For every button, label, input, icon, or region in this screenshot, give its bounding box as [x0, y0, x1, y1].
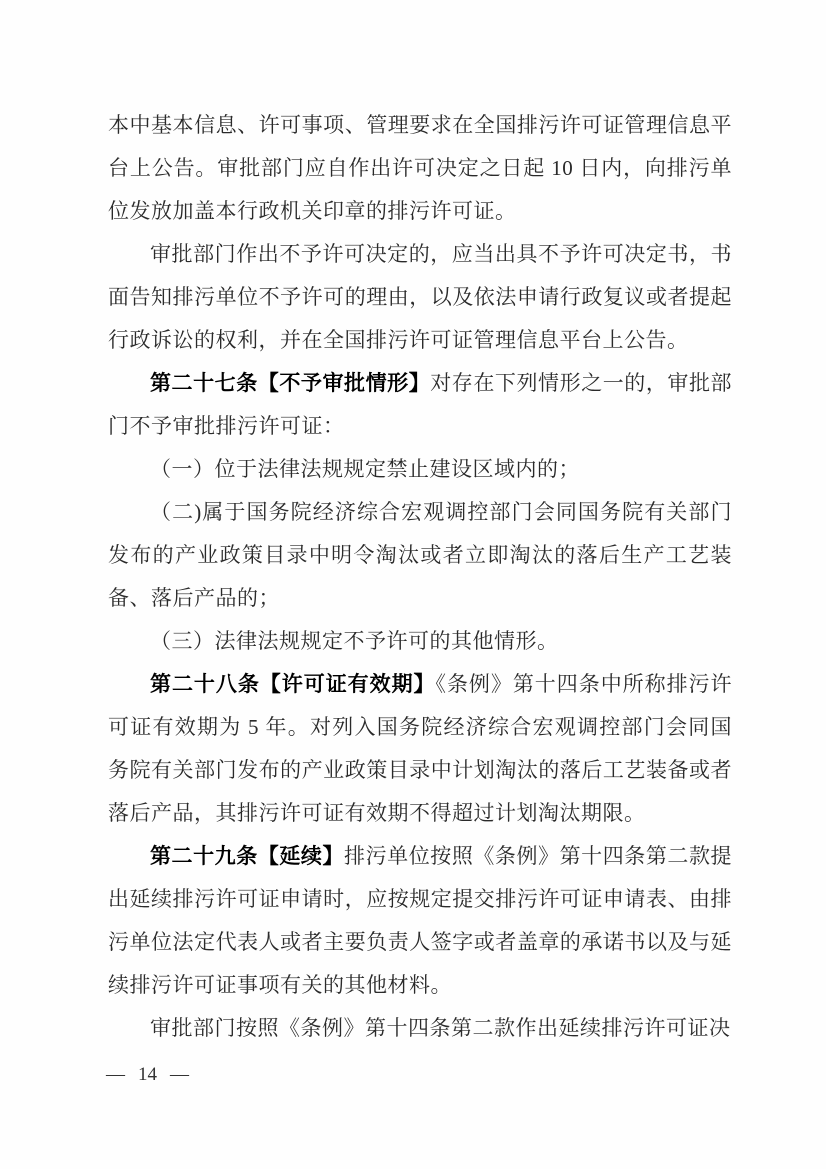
article-27-item-1: （一）位于法律法规规定禁止建设区域内的；	[108, 448, 732, 491]
page-number: 14	[138, 1064, 157, 1086]
paragraph-text: （三）法律法规规定不予许可的其他情形。	[150, 629, 559, 653]
paragraph-text: （二)属于国务院经济综合宏观调控部门会同国务院有关部门发布的产业政策目录中明令淘…	[108, 500, 732, 610]
paragraph-continuation: 本中基本信息、许可事项、管理要求在全国排污许可证管理信息平台上公告。审批部门应自…	[108, 104, 732, 233]
article-27: 第二十七条【不予审批情形】对存在下列情形之一的，审批部门不予审批排污许可证：	[108, 362, 732, 448]
document-body: 本中基本信息、许可事项、管理要求在全国排污许可证管理信息平台上公告。审批部门应自…	[108, 104, 732, 1050]
paragraph-text: 本中基本信息、许可事项、管理要求在全国排污许可证管理信息平台上公告。审批部门应自…	[108, 113, 732, 223]
article-27-item-3: （三）法律法规规定不予许可的其他情形。	[108, 620, 732, 663]
document-page: 本中基本信息、许可事项、管理要求在全国排污许可证管理信息平台上公告。审批部门应自…	[0, 0, 826, 1169]
paragraph-text: 审批部门作出不予许可决定的，应当出具不予许可决定书，书面告知排污单位不予许可的理…	[108, 242, 732, 352]
article-29-label: 第二十九条【延续】	[150, 845, 344, 868]
footer-left-dash: —	[106, 1064, 125, 1086]
article-28: 第二十八条【许可证有效期】《条例》第十四条中所称排污许可证有效期为 5 年。对列…	[108, 663, 732, 835]
paragraph-refusal-decision: 审批部门作出不予许可决定的，应当出具不予许可决定书，书面告知排污单位不予许可的理…	[108, 233, 732, 362]
footer-right-dash: —	[170, 1064, 189, 1086]
paragraph-text: （一）位于法律法规规定禁止建设区域内的；	[150, 457, 580, 481]
article-27-item-2: （二)属于国务院经济综合宏观调控部门会同国务院有关部门发布的产业政策目录中明令淘…	[108, 491, 732, 620]
article-27-label: 第二十七条【不予审批情形】	[150, 372, 430, 395]
article-29: 第二十九条【延续】排污单位按照《条例》第十四条第二款提出延续排污许可证申请时，应…	[108, 835, 732, 1007]
article-28-label: 第二十八条【许可证有效期】	[150, 673, 436, 696]
paragraph-renewal-decision: 审批部门按照《条例》第十四条第二款作出延续排污许可证决	[108, 1007, 732, 1050]
paragraph-text: 审批部门按照《条例》第十四条第二款作出延续排污许可证决	[150, 1016, 731, 1040]
page-footer: — 14 —	[106, 1064, 189, 1086]
